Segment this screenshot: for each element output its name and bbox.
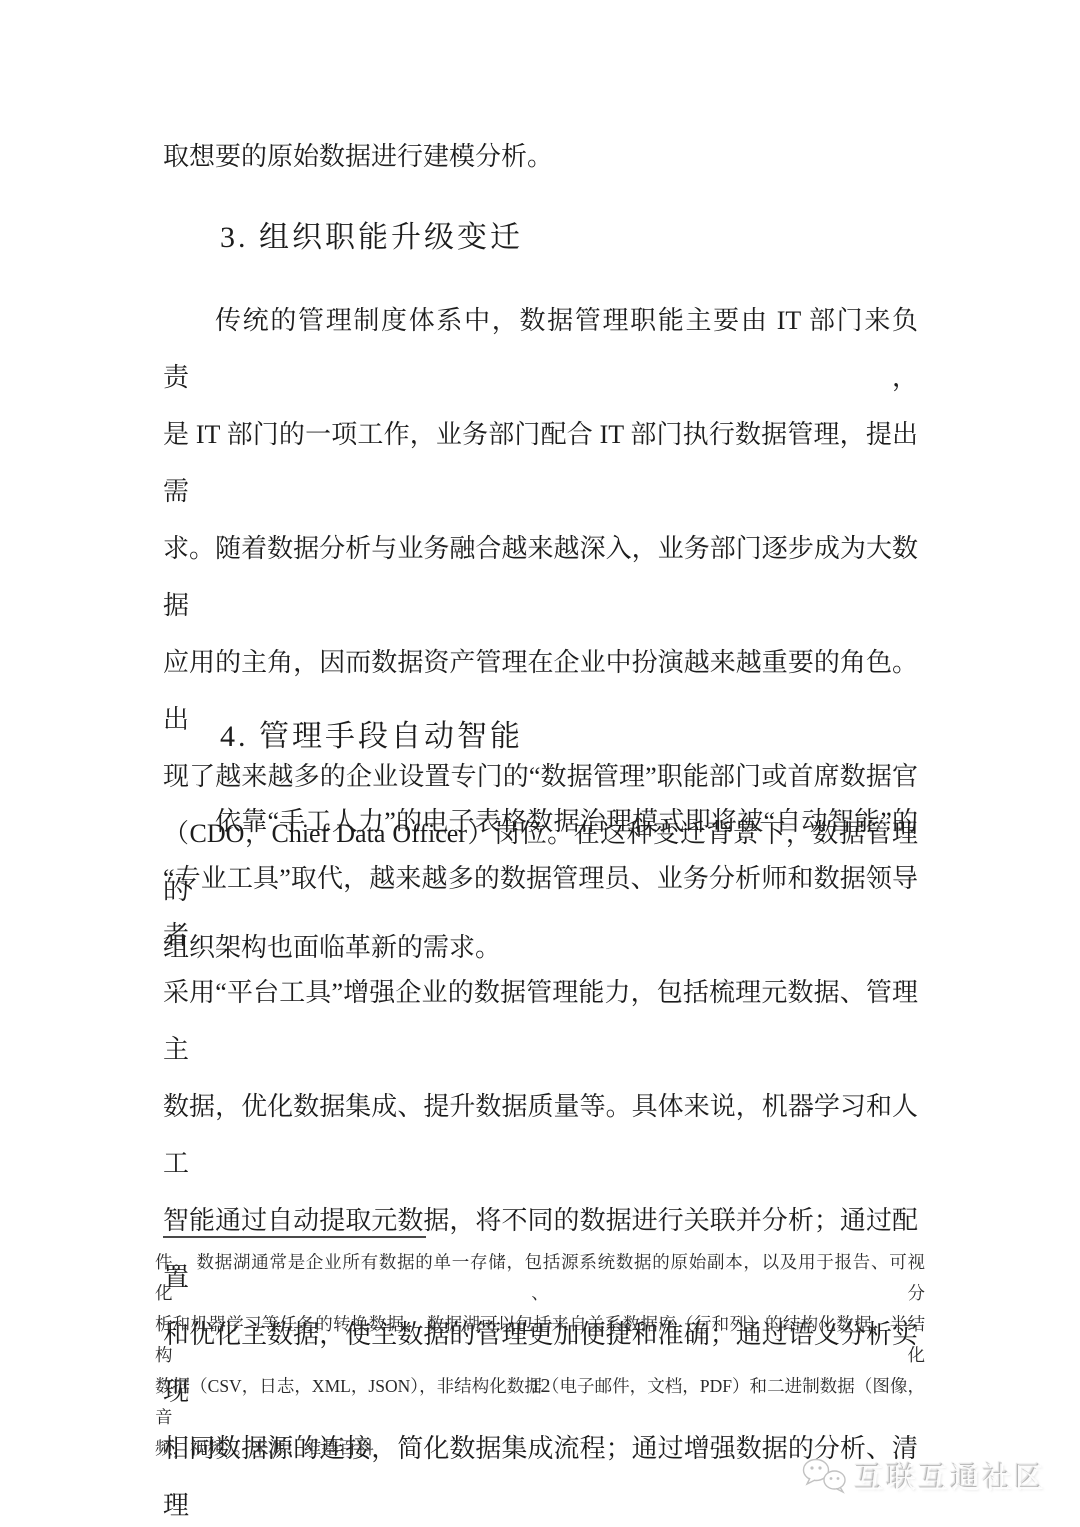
text-line: 采用“平台工具”增强企业的数据管理能力，包括梳理元数据、管理主 xyxy=(163,964,918,1078)
text-line: 数据，优化数据集成、提升数据质量等。具体来说，机器学习和人工 xyxy=(163,1078,918,1192)
text-line: 件。 数据湖通常是企业所有数据的单一存储，包括源系统数据的原始副本，以及用于报告… xyxy=(155,1247,925,1309)
watermark: 互联互通社区 xyxy=(801,1455,1047,1497)
section-heading-4: 4. 管理手段自动智能 xyxy=(163,712,975,762)
text-line: “专业工具”取代，越来越多的数据管理员、业务分析师和数据领导者 xyxy=(163,850,918,964)
footnote: 件。 数据湖通常是企业所有数据的单一存储，包括源系统数据的原始副本，以及用于报告… xyxy=(155,1247,925,1464)
footnote-divider xyxy=(163,1236,426,1238)
text-line: 求。随着数据分析与业务融合越来越深入，业务部门逐步成为大数据 xyxy=(163,520,918,634)
body-text-continuation: 取想要的原始数据进行建模分析。 xyxy=(163,128,918,185)
text-line: 依靠“手工人力”的电子表格数据治理模式即将被“自动智能”的 xyxy=(163,793,918,850)
section-heading-3: 3. 组织职能升级变迁 xyxy=(163,213,975,263)
text-line: 是 IT 部门的一项工作，业务部门配合 IT 部门执行数据管理，提出需 xyxy=(163,406,918,520)
page-number: 12 xyxy=(163,1372,918,1400)
watermark-text: 互联互通社区 xyxy=(855,1456,1047,1496)
wechat-icon xyxy=(801,1455,849,1497)
text-line: 析和机器学习等任务的转换数据。 数据湖可以包括来自关系数据库（行和列）的结构化数… xyxy=(155,1309,925,1371)
document-page: 取想要的原始数据进行建模分析。 3. 组织职能升级变迁 传统的管理制度体系中，数… xyxy=(0,0,1080,1527)
text-line: 传统的管理制度体系中，数据管理职能主要由 IT 部门来负责， xyxy=(163,292,918,406)
